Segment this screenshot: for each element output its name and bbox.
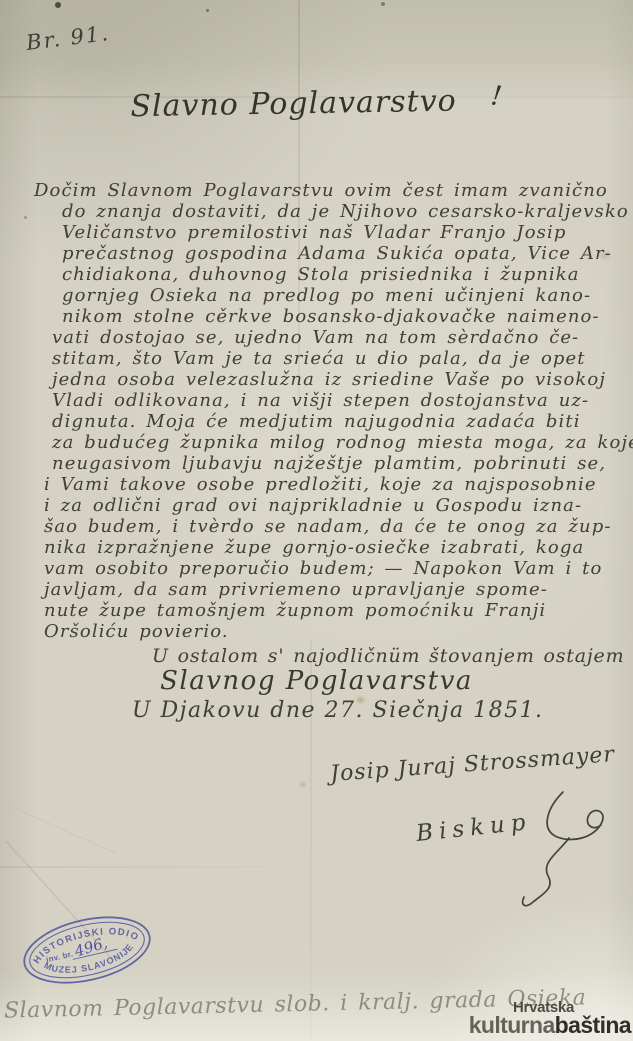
heading-exclamation: ! xyxy=(489,80,505,112)
signature-title: Biskup xyxy=(415,809,533,847)
body-line: nikom stolne cěrkve bosansko-djakovačke … xyxy=(62,306,633,327)
body-line: dignuta. Moja će medjutim najugodnia zad… xyxy=(52,411,633,432)
body-line: Oršoliću povierio. xyxy=(44,621,633,642)
paper-speck xyxy=(381,2,385,6)
signature-name: Josip Juraj Strossmayer xyxy=(329,742,615,787)
body-line: prečastnog gospodina Adama Sukića opata,… xyxy=(62,243,633,264)
paper-stain xyxy=(300,782,306,787)
body-line: Vladi odlikovana, i na višji stepen dost… xyxy=(52,390,633,411)
body-line: jedna osoba velezaslužna iz sriedine Vaš… xyxy=(52,369,633,390)
fold-crease-diagonal xyxy=(14,808,115,854)
body-line: vam osobito preporučio budem; — Napokon … xyxy=(44,558,633,579)
letter-heading: Slavno Poglavarstvo! xyxy=(0,80,633,126)
letter-body: Dočim Slavnom Poglavarstvu ovim čest ima… xyxy=(62,180,633,642)
paper-speck xyxy=(24,216,27,219)
body-line: do znanja dostaviti, da je Njihovo cesar… xyxy=(62,201,633,222)
body-line: chidiakona, duhovnog Stola prisiednika i… xyxy=(62,264,633,285)
signature-flourish xyxy=(495,778,625,928)
body-line: i Vami takove osobe predložiti, koje za … xyxy=(44,474,633,495)
body-line: za budućeg župnika milog rodnog miesta m… xyxy=(52,432,633,453)
letter-page: Br. 91. Slavno Poglavarstvo! Dočim Slavn… xyxy=(0,0,633,1041)
reference-number: Br. 91. xyxy=(25,21,111,55)
heading-text: Slavno Poglavarstvo xyxy=(130,84,457,125)
body-line: vati dostojao se, ujedno Vam na tom sèrd… xyxy=(52,327,633,348)
paper-speck xyxy=(206,9,209,12)
body-line: šao budem, i tvèrdo se nadam, da će te o… xyxy=(44,516,633,537)
body-line: nika izpražnjene župe gornjo-osiečke iza… xyxy=(44,537,633,558)
paper-speck xyxy=(55,2,61,8)
body-line: stitam, što Vam je ta srieća u dio pala,… xyxy=(52,348,633,369)
museum-stamp: HISTORIJSKI ODIO MUZEJ SLAVONIJE inv. br… xyxy=(12,906,162,994)
body-line: gornjeg Osieka na predlog po meni učinje… xyxy=(62,285,633,306)
closing-dateline: U Djakovu dne 27. Siečnja 1851. xyxy=(132,698,544,723)
watermark-kulturnabastina: kulturnabaština xyxy=(469,1014,631,1037)
body-line: Veličanstvo premilostivi naš Vladar Fran… xyxy=(62,222,633,243)
body-line: nute župe tamošnjem župnom pomoćniku Fra… xyxy=(44,600,633,621)
body-line: Dočim Slavnom Poglavarstvu ovim čest ima… xyxy=(34,180,633,201)
body-line: javljam, da sam privriemeno upravljanje … xyxy=(44,579,633,600)
fold-crease-horizontal xyxy=(0,866,340,868)
closing-salutation: U ostalom s' najodličnüm štovanjem ostaj… xyxy=(152,645,624,667)
closing-organization: Slavnog Poglavarstva xyxy=(0,666,633,696)
body-line: i za odlični grad ovi najprikladnie u Go… xyxy=(44,495,633,516)
body-line: neugasivom ljubavju najžeštje plamtim, p… xyxy=(52,453,633,474)
